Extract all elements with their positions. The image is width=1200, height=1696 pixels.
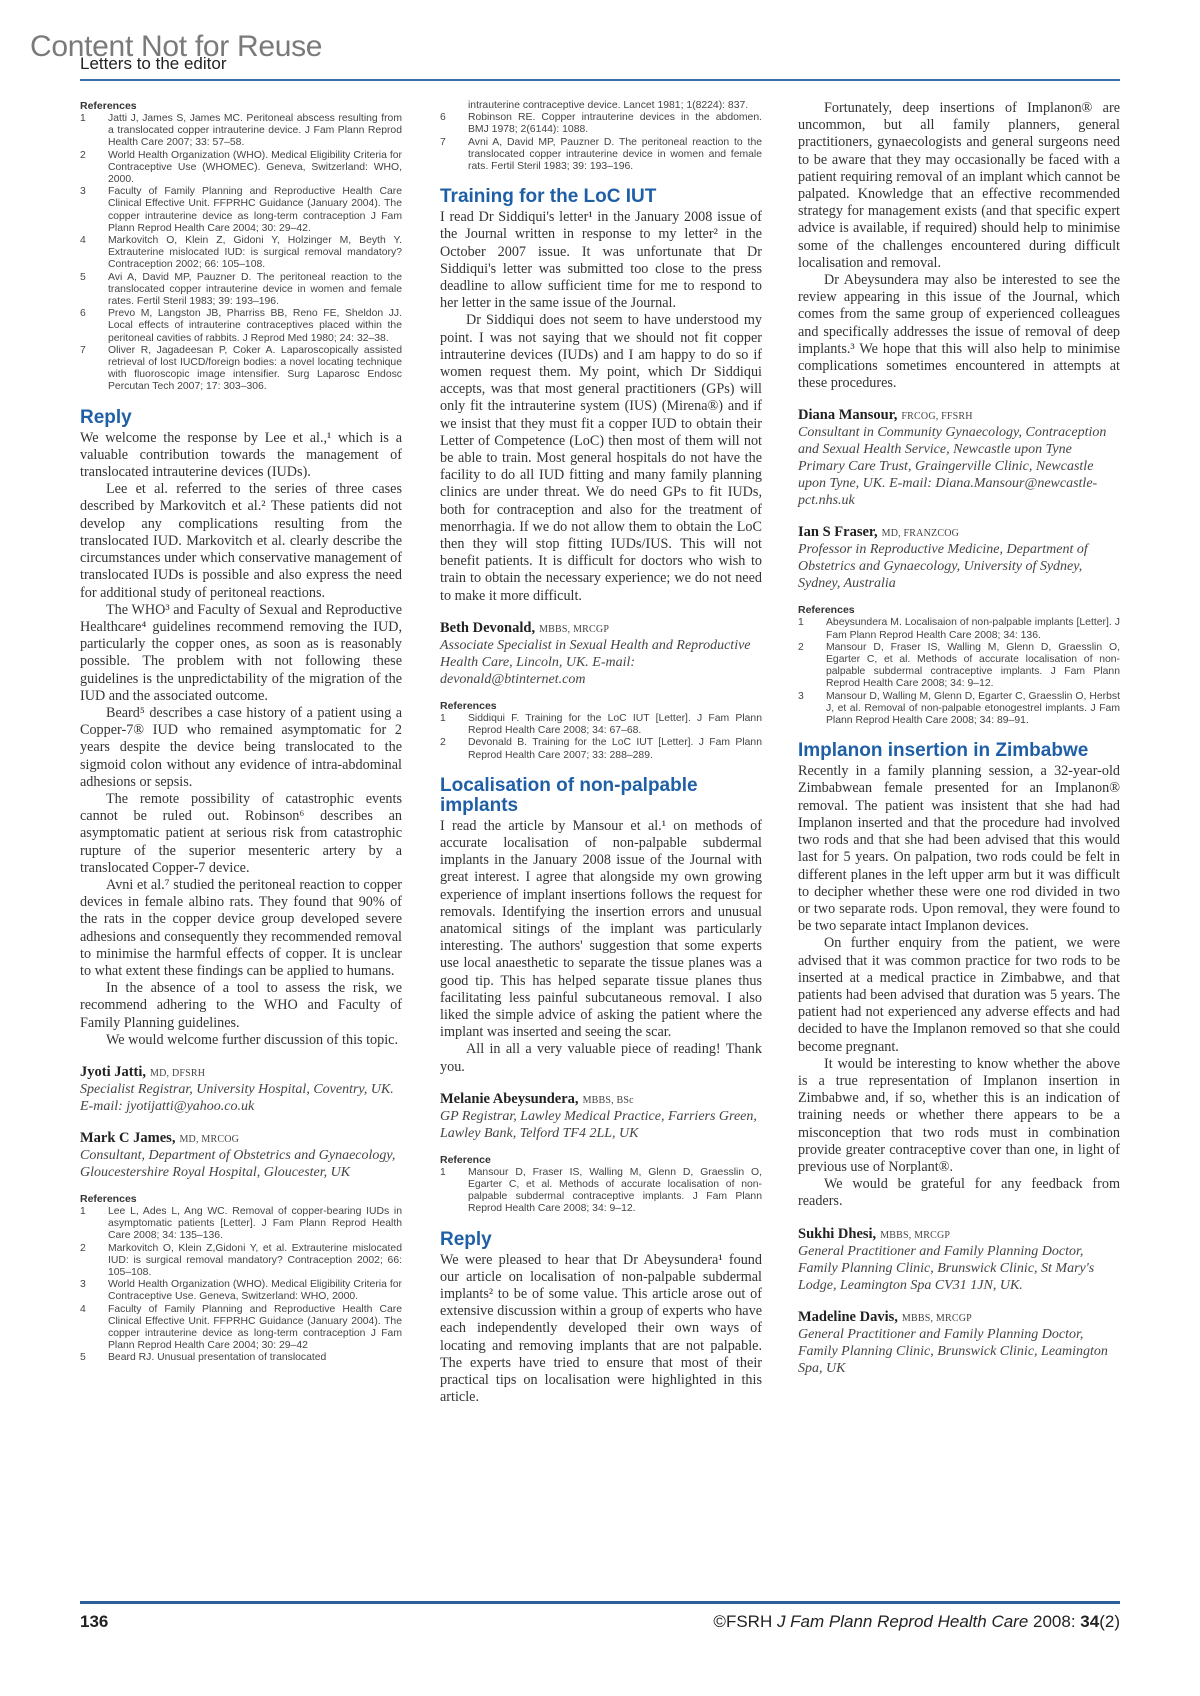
page-number: 136 <box>80 1612 108 1632</box>
reference-list: 1Jatti J, James S, James MC. Peritoneal … <box>80 113 402 394</box>
reference-item: 1Siddiqui F. Training for the LoC IUT [L… <box>440 713 762 737</box>
author-name: Mark C James, <box>80 1130 175 1146</box>
author-name: Jyoti Jatti, <box>80 1064 146 1080</box>
author-affiliation: Specialist Registrar, University Hospita… <box>80 1081 402 1115</box>
author-name: Ian S Fraser, <box>798 524 878 540</box>
author-signature: Mark C James, MD, MRCOG Consultant, Depa… <box>80 1129 402 1181</box>
reference-heading: Reference <box>440 1154 762 1166</box>
author-signature: Jyoti Jatti, MD, DFSRH Specialist Regist… <box>80 1063 402 1115</box>
reference-item: 1Jatti J, James S, James MC. Peritoneal … <box>80 113 402 150</box>
author-qualifications: MD, FRANZCOG <box>882 528 959 539</box>
paragraph: In the absence of a tool to assess the r… <box>80 980 402 1032</box>
reference-item: 4Markovitch O, Klein Z, Gidoni Y, Holzin… <box>80 235 402 272</box>
reference-item: 2Markovitch O, Klein Z,Gidoni Y, et al. … <box>80 1243 402 1280</box>
reference-item: 5Beard RJ. Unusual presentation of trans… <box>80 1352 402 1364</box>
reference-list: 1Abeysundera M. Localisaion of non-palpa… <box>798 617 1120 727</box>
author-name: Melanie Abeysundera, <box>440 1091 579 1107</box>
reference-item: 6Robinson RE. Copper intrauterine device… <box>440 112 762 136</box>
paragraph: On further enquiry from the patient, we … <box>798 935 1120 1055</box>
author-qualifications: MBBS, MRCGP <box>880 1230 950 1241</box>
author-affiliation: Consultant, Department of Obstetrics and… <box>80 1147 402 1181</box>
column-3: Fortunately, deep insertions of Implanon… <box>798 100 1120 1377</box>
reference-list-continued: intrauterine contraceptive device. Lance… <box>440 100 762 173</box>
column-2: intrauterine contraceptive device. Lance… <box>440 100 762 1406</box>
section-title-reply-2: Reply <box>440 1230 762 1250</box>
paragraph: We would be grateful for any feedback fr… <box>798 1176 1120 1210</box>
reference-item: 3World Health Organization (WHO). Medica… <box>80 1279 402 1303</box>
reference-item: 5Avi A, David MP, Pauzner D. The periton… <box>80 272 402 309</box>
reference-item: 4Faculty of Family Planning and Reproduc… <box>80 1304 402 1353</box>
author-affiliation: Consultant in Community Gynaecology, Con… <box>798 424 1120 509</box>
paragraph: Fortunately, deep insertions of Implanon… <box>798 100 1120 272</box>
paragraph: All in all a very valuable piece of read… <box>440 1041 762 1075</box>
author-signature: Ian S Fraser, MD, FRANZCOG Professor in … <box>798 523 1120 592</box>
author-name: Beth Devonald, <box>440 620 535 636</box>
section-title-training: Training for the LoC IUT <box>440 187 762 207</box>
reference-item: 3Faculty of Family Planning and Reproduc… <box>80 186 402 235</box>
author-affiliation: General Practitioner and Family Planning… <box>798 1326 1120 1377</box>
references-heading: References <box>798 604 1120 616</box>
paragraph: Recently in a family planning session, a… <box>798 763 1120 935</box>
reference-list: 1Lee L, Ades L, Ang WC. Removal of coppe… <box>80 1206 402 1365</box>
reference-item: 1Mansour D, Fraser IS, Walling M, Glenn … <box>440 1167 762 1216</box>
author-signature: Sukhi Dhesi, MBBS, MRCGP General Practit… <box>798 1225 1120 1294</box>
paragraph: We were pleased to hear that Dr Abeysund… <box>440 1252 762 1407</box>
paragraph: I read the article by Mansour et al.¹ on… <box>440 818 762 1042</box>
reference-item: intrauterine contraceptive device. Lance… <box>440 100 762 112</box>
author-affiliation: GP Registrar, Lawley Medical Practice, F… <box>440 1108 762 1142</box>
reference-item: 6Prevo M, Langston JB, Pharriss BB, Reno… <box>80 308 402 345</box>
references-heading: References <box>80 1193 402 1205</box>
reference-item: 2Mansour D, Fraser IS, Walling M, Glenn … <box>798 642 1120 691</box>
paragraph: Avni et al.⁷ studied the peritoneal reac… <box>80 877 402 980</box>
author-signature: Melanie Abeysundera, MBBS, BSc GP Regist… <box>440 1090 762 1142</box>
column-1: References 1Jatti J, James S, James MC. … <box>80 100 402 1365</box>
reference-item: 1Lee L, Ades L, Ang WC. Removal of coppe… <box>80 1206 402 1243</box>
author-signature: Diana Mansour, FRCOG, FFSRH Consultant i… <box>798 406 1120 509</box>
paragraph: Lee et al. referred to the series of thr… <box>80 481 402 601</box>
reference-item: 2Devonald B. Training for the LoC IUT [L… <box>440 737 762 761</box>
author-qualifications: MBBS, BSc <box>583 1095 634 1106</box>
paragraph: Beard⁵ describes a case history of a pat… <box>80 705 402 791</box>
reference-list: 1Siddiqui F. Training for the LoC IUT [L… <box>440 713 762 762</box>
paragraph: We would welcome further discussion of t… <box>80 1032 402 1049</box>
author-affiliation: Associate Specialist in Sexual Health an… <box>440 637 762 688</box>
paragraph: The remote possibility of catastrophic e… <box>80 791 402 877</box>
reference-item: 7Oliver R, Jagadeesan P, Coker A. Laparo… <box>80 345 402 394</box>
reference-item: 1Abeysundera M. Localisaion of non-palpa… <box>798 617 1120 641</box>
reference-item: 7Avni A, David MP, Pauzner D. The perito… <box>440 137 762 174</box>
header-divider <box>80 79 1120 81</box>
author-qualifications: FRCOG, FFSRH <box>901 411 972 422</box>
section-title-localisation: Localisation of non-palpable implants <box>440 776 762 816</box>
author-affiliation: Professor in Reproductive Medicine, Depa… <box>798 541 1120 592</box>
references-heading: References <box>80 100 402 112</box>
footer-divider <box>80 1601 1120 1604</box>
reference-item: 2World Health Organization (WHO). Medica… <box>80 150 402 187</box>
reference-item: 3Mansour D, Walling M, Glenn D, Egarter … <box>798 691 1120 728</box>
author-affiliation: General Practitioner and Family Planning… <box>798 1243 1120 1294</box>
author-name: Diana Mansour, <box>798 407 897 423</box>
reference-list: 1Mansour D, Fraser IS, Walling M, Glenn … <box>440 1167 762 1216</box>
running-head: Letters to the editor <box>80 54 226 74</box>
section-title-reply: Reply <box>80 408 402 428</box>
author-signature: Madeline Davis, MBBS, MRCGP General Prac… <box>798 1308 1120 1377</box>
paragraph: It would be interesting to know whether … <box>798 1056 1120 1176</box>
journal-citation: ©FSRH J Fam Plann Reprod Health Care 200… <box>713 1612 1120 1632</box>
author-name: Madeline Davis, <box>798 1309 898 1325</box>
author-qualifications: MBBS, MRCGP <box>539 624 609 635</box>
author-qualifications: MD, MRCOG <box>179 1134 239 1145</box>
paragraph: I read Dr Siddiqui's letter¹ in the Janu… <box>440 209 762 312</box>
paragraph: Dr Siddiqui does not seem to have unders… <box>440 312 762 604</box>
author-name: Sukhi Dhesi, <box>798 1226 876 1242</box>
author-qualifications: MBBS, MRCGP <box>902 1313 972 1324</box>
paragraph: Dr Abeysundera may also be interested to… <box>798 272 1120 392</box>
references-heading: References <box>440 700 762 712</box>
paragraph: The WHO³ and Faculty of Sexual and Repro… <box>80 602 402 705</box>
author-signature: Beth Devonald, MBBS, MRCGP Associate Spe… <box>440 619 762 688</box>
paragraph: We welcome the response by Lee et al.,¹ … <box>80 430 402 482</box>
author-qualifications: MD, DFSRH <box>150 1068 205 1079</box>
section-title-zimbabwe: Implanon insertion in Zimbabwe <box>798 741 1120 761</box>
